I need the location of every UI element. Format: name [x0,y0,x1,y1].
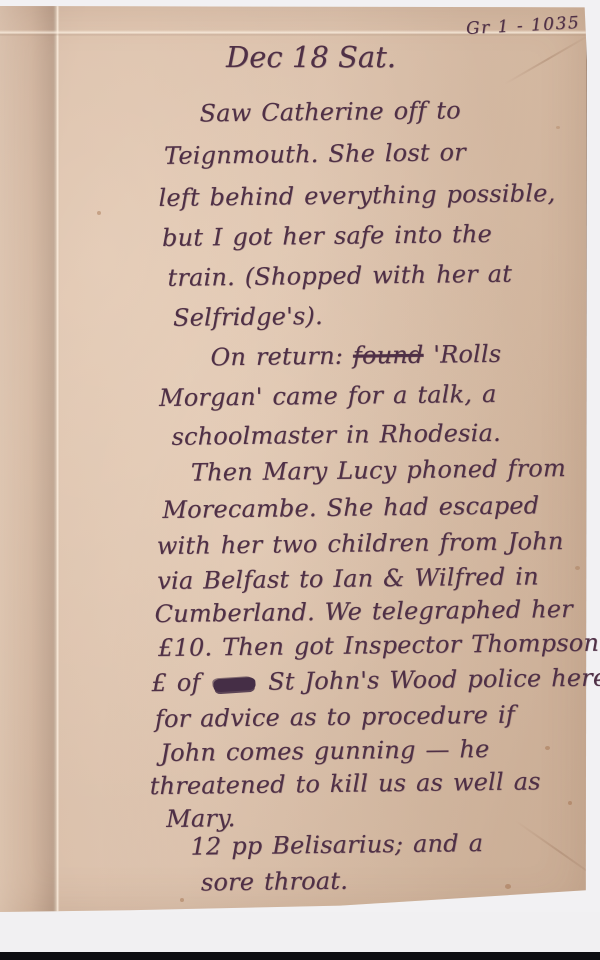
manuscript-line: Mary. [166,804,236,833]
handwritten-text: schoolmaster in Rhodesia. [171,419,501,451]
manuscript-line: left behind everything possible, [158,179,555,212]
manuscript-line: for advice as to procedure if [155,701,515,733]
manuscript-line: Teignmouth. She lost or [164,138,466,170]
scribbled-out-word [213,677,256,693]
handwritten-text: Teignmouth. She lost or [164,138,466,170]
manuscript-line: Morecambe. She had escaped [162,491,539,524]
scanned-diary-page: Gr 1 - 1035 Dec 18 Sat. Saw Catherine of… [0,0,600,960]
manuscript-line: John comes gunning — he [160,735,489,767]
manuscript-line: Saw Catherine off to [199,96,461,127]
handwritten-text: via Belfast to Ian & Wilfred in [157,562,539,595]
manuscript-line: 12 pp Belisarius; and a [190,829,483,861]
handwritten-text: Morecambe. She had escaped [162,491,539,524]
handwritten-text: Mary. [166,804,236,833]
handwritten-text: but I got her safe into the [162,220,492,252]
manuscript-line: On return: found 'Rolls [210,340,501,372]
handwritten-text: threatened to kill us as well as [150,767,541,800]
handwritten-text: train. (Shopped with her at [167,260,512,292]
handwritten-text: St John's Wood police here [258,664,600,696]
handwritten-text: Selfridge's). [173,302,323,332]
handwritten-text: sore throat. [201,867,348,897]
handwritten-text: On return: [210,342,353,372]
manuscript-line: but I got her safe into the [162,220,492,252]
manuscript-line: £10. Then got Inspector Thompson [158,629,599,662]
handwritten-text: John comes gunning — he [160,735,489,767]
manuscript-lines: Saw Catherine off toTeignmouth. She lost… [0,0,600,960]
handwritten-text: with her two children from John [157,527,564,560]
manuscript-line: Cumberland. We telegraphed her [154,595,573,628]
manuscript-line: threatened to kill us as well as [150,767,541,800]
manuscript-line: Morgan' came for a talk, a [159,380,497,412]
handwritten-text: 12 pp Belisarius; and a [190,829,483,861]
handwritten-text: left behind everything possible, [158,179,555,212]
handwritten-text: Saw Catherine off to [199,96,461,127]
handwritten-text: £10. Then got Inspector Thompson [158,629,599,662]
manuscript-line: Selfridge's). [173,302,323,332]
manuscript-line: Then Mary Lucy phoned from [191,454,566,487]
manuscript-line: schoolmaster in Rhodesia. [171,419,501,451]
handwritten-text: Then Mary Lucy phoned from [191,454,566,487]
manuscript-line: sore throat. [201,867,348,897]
handwritten-text: 'Rolls [423,340,501,369]
handwritten-text: for advice as to procedure if [155,701,515,733]
handwritten-text: Morgan' came for a talk, a [159,380,497,412]
handwritten-text: found [353,341,424,370]
manuscript-line: with her two children from John [157,527,564,560]
manuscript-line: £ of St John's Wood police here [151,664,600,698]
manuscript-line: via Belfast to Ian & Wilfred in [157,562,539,595]
handwritten-text: £ of [151,668,210,697]
manuscript-line: train. (Shopped with her at [167,260,512,292]
handwritten-text: Cumberland. We telegraphed her [154,595,573,628]
